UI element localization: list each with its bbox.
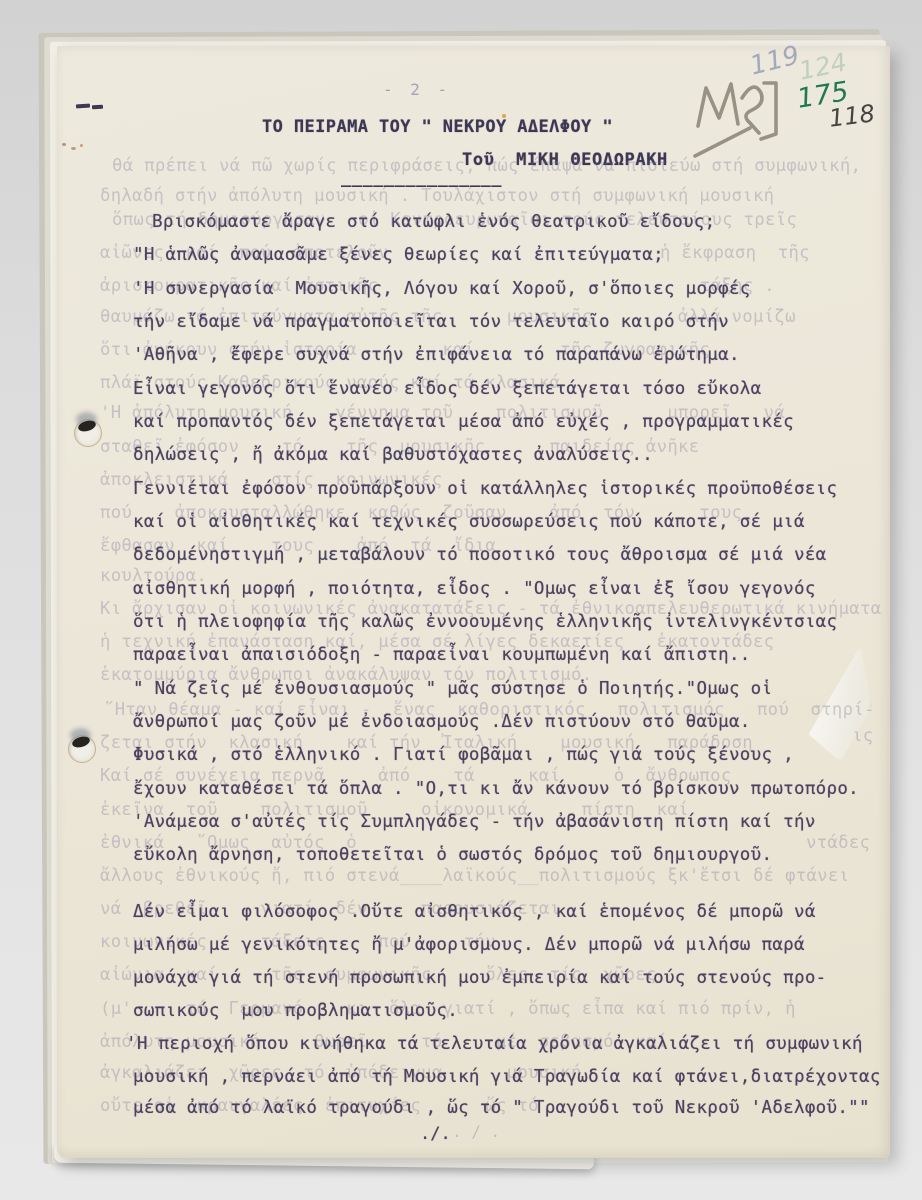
typed-line: 'Η περιοχή ὅπου κινήθηκα τά τελευταία χρ… bbox=[126, 1034, 863, 1054]
typed-line: αἰσθητική μορφή , ποιότητα, εἶδος . "Ομω… bbox=[133, 579, 816, 599]
ghost-line: ἡ ἔκφραση τῆς bbox=[660, 243, 810, 263]
page-number: - 2 - bbox=[383, 80, 451, 99]
typed-line: ἄνθρωποί μας ζοῦν μέ ἐνδοιασμούς .Δέν πι… bbox=[133, 712, 751, 732]
typed-line: Εἶναι γεγονός ὅτι ἕνανέο εἶδος δέν ξεπετ… bbox=[133, 379, 761, 399]
typed-line: "Η ἁπλῶς ἀναμασᾶμε ξένες θεωρίες καί ἐπι… bbox=[133, 245, 664, 265]
handwritten-number: 118 bbox=[827, 99, 876, 132]
ink-dash-mark bbox=[92, 105, 103, 110]
typed-line: Βρισκόμαστε ἄραγε στό κατώφλι ἑνός θεατρ… bbox=[152, 212, 715, 232]
typed-line: ἔχουν καταθέσει τά ὅπλα . "Ο,τι κι ἄν κά… bbox=[133, 779, 859, 799]
rust-speck bbox=[71, 147, 76, 150]
typed-line: μέσα ἀπό τό λαϊκό τραγούδι , ὥς τό " Τρα… bbox=[133, 1098, 870, 1118]
scan-backdrop: - 2 - ΤΟ ΠΕΙΡΑΜΑ ΤΟΥ " ΝΕΚΡΟΥ ΑΔΕΛΦΟΥ " … bbox=[0, 0, 922, 1200]
typed-line: Γεννιέται ἐφόσον προϋπάρξουν οἱ κατάλληλ… bbox=[133, 479, 837, 499]
typed-line: τήν εἴδαμε νά πραγματοποιεῖται τόν τελευ… bbox=[133, 312, 729, 332]
rust-speck bbox=[80, 144, 83, 147]
typed-line: 'Ανάμεσα σ'αὐτές τίς Συμπληγάδες - τήν ἀ… bbox=[133, 812, 816, 832]
typed-line: δηλώσεις , ἤ ἀκόμα καί βαθυστόχαστες ἀνα… bbox=[133, 445, 653, 465]
typed-line: ὅτι ἡ πλειοφηφία τῆς καλῶς ἐννοουμένης ἑ… bbox=[133, 612, 837, 632]
typed-line: μονάχα γιά τή στενή προσωπική μου ἐμπειρ… bbox=[133, 968, 827, 988]
typed-line: εὔκολη ἄρνηση, τοποθετεῖται ὁ σωστός δρό… bbox=[133, 845, 772, 865]
ghost-line: δηλαδή στήν ἀπόλυτη μουσική . Τουλάχιστο… bbox=[100, 186, 774, 206]
pencil-monogram bbox=[692, 74, 784, 160]
typed-line: δεδομένηστιγμή , μεταβάλουν τό ποσοτικό … bbox=[133, 545, 827, 565]
punch-hole bbox=[74, 419, 102, 447]
rust-speck bbox=[62, 143, 66, 146]
typed-line: καί προπαντός δέν ξεπετάγεται μέσα ἀπό ε… bbox=[133, 412, 794, 432]
typed-line: καί οἱ αἰσθητικές καί τεχνικές συσσωρεύσ… bbox=[133, 512, 805, 532]
ghost-line: ις bbox=[852, 726, 873, 746]
typed-line: " Νά ζεῖς μέ ἐνθουσιασμούς " μᾶς σύστησε… bbox=[133, 679, 772, 699]
typed-line: σωπικούς μου προβληματισμοῦς. bbox=[133, 1001, 458, 1021]
typed-line: 'Αθῆνα , ἔφερε συχνά στήν ἐπιφάνεια τό π… bbox=[133, 345, 740, 365]
ghost-line: ἄλλους ἐθνικούς ἤ, πιό στενά____λαϊκούς_… bbox=[100, 866, 849, 886]
typed-line: Δέν εἶμαι φιλόσοφος .Οὔτε αἰσθητικός , κ… bbox=[133, 902, 816, 922]
footer-continuation-ghost: . / . bbox=[452, 1122, 500, 1141]
ghost-line: ντάδες bbox=[806, 833, 870, 853]
document-title: ΤΟ ΠΕΙΡΑΜΑ ΤΟΥ " ΝΕΚΡΟΥ ΑΔΕΛΦΟΥ " bbox=[262, 117, 613, 137]
typed-line: μιλήσω μέ γενικότητες ἤ μ'ἀφορισμους. Δέ… bbox=[133, 935, 805, 955]
punch-hole bbox=[68, 735, 96, 763]
typed-line: μουσική , περνάει ἀπό τή Μουσική γιά Τρα… bbox=[133, 1067, 881, 1087]
typed-line: Φυσικά , στό ἑλληνικό . Γιατί φοβᾶμαι , … bbox=[133, 745, 794, 765]
typed-line: παραεἶναι ἀπαισιόδοξη - παραεἶναι κουμπω… bbox=[133, 645, 751, 665]
footer-continuation-mark: ./. bbox=[420, 1124, 451, 1144]
typed-line: 'Η συνεργασία Μουσικῆς, Λόγου καί Χοροῦ,… bbox=[133, 279, 751, 299]
